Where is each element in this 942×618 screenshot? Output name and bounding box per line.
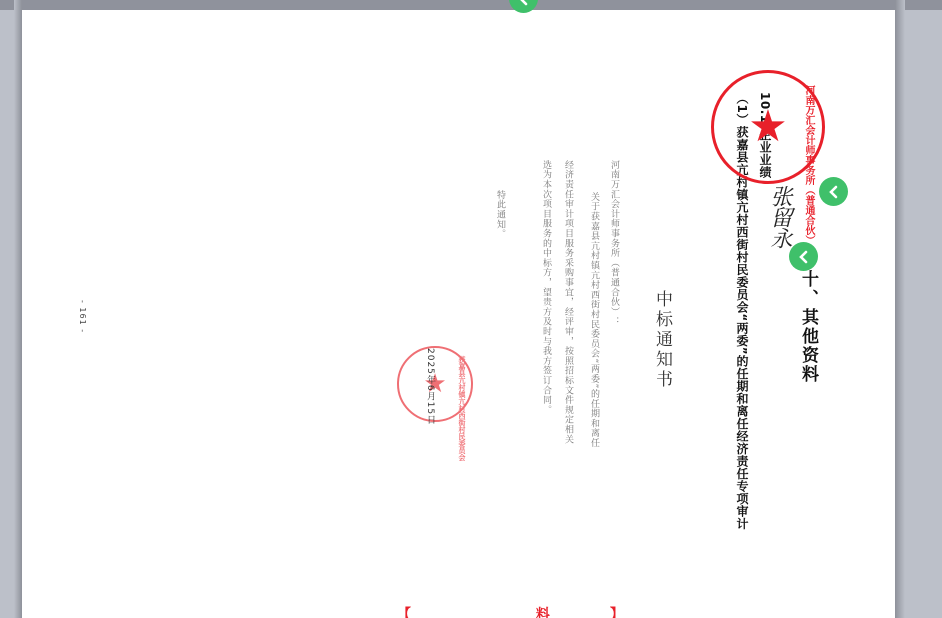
page-number: - 161 - xyxy=(78,300,87,333)
check-icon xyxy=(516,0,532,7)
company-stamp: ★ 河南万汇会计师事务所（普通合伙） xyxy=(711,70,825,184)
stamp-text: 河南万汇会计师事务所（普通合伙） xyxy=(801,85,816,245)
notice-body-line: 经济责任审计项目服务采购事宜，经评审，按照招标文件规定相关 xyxy=(562,160,575,444)
document-page: 十、其他资料 10.1 企业业绩 （1）获嘉县亢村镇亢村西街村民委员会“两委”的… xyxy=(22,10,895,618)
stamp-text: 获嘉县亢村镇亢村西街村民委员会 xyxy=(457,356,467,461)
signature: 张留永 xyxy=(764,185,795,248)
viewer-top-bar xyxy=(0,0,942,10)
page-shadow-left xyxy=(14,0,22,618)
notice-body-line: 选为本次项目服务的中标方，望贵方及时与我方签订合同。 xyxy=(540,160,553,415)
notice-closing: 特此通知。 xyxy=(494,190,507,239)
notice-recipient: 河南万汇会计师事务所（普通合伙）： xyxy=(608,160,621,327)
next-page-heading-partial: 【 料】 xyxy=(397,604,684,618)
check-icon xyxy=(826,184,842,200)
annotation-check-button[interactable] xyxy=(789,242,818,271)
check-icon xyxy=(796,249,812,265)
page-shadow-right xyxy=(895,0,905,618)
stamp-star-icon: ★ xyxy=(748,105,787,149)
annotation-check-button[interactable] xyxy=(819,177,848,206)
notice-body-line: 关于获嘉县亢村镇亢村西街村民委员会“两委”的任期和离任 xyxy=(588,192,601,448)
notice-title: 中标通知书 xyxy=(650,290,675,390)
notice-date: 2025年6月15日 xyxy=(424,348,437,425)
section-heading: 十、其他资料 xyxy=(796,270,821,384)
